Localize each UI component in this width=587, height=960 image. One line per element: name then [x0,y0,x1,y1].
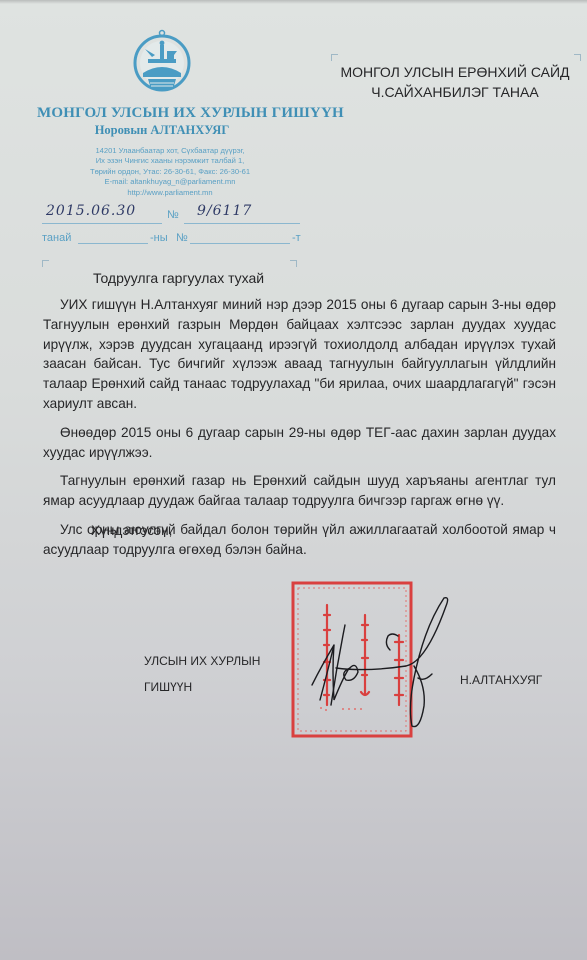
letter-subject: Тодруулга гаргуулах тухай [93,270,264,286]
letterhead-name: Норовын АЛТАНХУЯГ [37,123,287,138]
your-end-suffix: -т [292,232,301,244]
address-website: http://www.parliament.mn [50,188,290,198]
number-symbol: № [167,209,179,221]
signatory-title: УЛСЫН ИХ ХУРЛЫН ГИШҮҮН [144,648,260,700]
signatory-title-line: УЛСЫН ИХ ХУРЛЫН [144,648,260,674]
your-label: танай [42,232,71,244]
address-email: E-mail: altankhuyag_n@parliament.mn [50,177,290,187]
handwritten-reference-number: 9/6117 [197,203,252,219]
addressee-corner-mark [331,54,338,61]
addressee-line: Ч.САЙХАНБИЛЭГ ТАНАА [330,82,580,102]
address-line: Их эзэн Чингис хааны нэрэмжит талбай 1, [50,156,290,166]
handwritten-date: 2015.06.30 [46,203,136,219]
date-underline [42,223,162,224]
subject-corner-mark [290,260,297,267]
signatory-name: Н.АЛТАНХУЯГ [460,673,542,687]
letterhead-title: МОНГОЛ УЛСЫН ИХ ХУРЛЫН ГИШҮҮН [37,105,307,122]
number-underline [184,223,300,224]
letterhead-address: 14201 Улаанбаатар хот, Сүхбаатар дүүрэг,… [50,146,290,198]
address-line: 14201 Улаанбаатар хот, Сүхбаатар дүүрэг, [50,146,290,156]
reference-row: 2015.06.30 № 9/6117 [42,207,302,227]
signatory-title-line: ГИШҮҮН [144,674,260,700]
number-symbol: № [176,232,188,244]
addressee-line: МОНГОЛ УЛСЫН ЕРӨНХИЙ САЙД [330,62,580,82]
blank-underline [78,243,148,244]
subject-corner-mark [42,260,49,267]
body-paragraph: УИХ гишүүн Н.Алтанхуяг миний нэр дээр 20… [43,295,556,414]
body-paragraph: Тагнуулын ерөнхий газар нь Ерөнхий сайды… [43,471,556,511]
body-paragraph: Өнөөдөр 2015 оны 6 дугаар сарын 29-ны өд… [43,423,556,463]
closing-salutation: Хүндэтгэсэн, [91,523,172,538]
letter-page: МОНГОЛ УЛСЫН ИХ ХУРЛЫН ГИШҮҮН Норовын АЛ… [0,0,587,960]
address-line: Төрийн ордон, Утас: 26-30-61, Факс: 26-3… [50,167,290,177]
your-reference-row: танай -ны № -т [42,232,307,248]
handwritten-signature-icon [300,590,480,730]
addressee-block: МОНГОЛ УЛСЫН ЕРӨНХИЙ САЙД Ч.САЙХАНБИЛЭГ … [330,62,580,102]
page-edge-shadow [0,0,587,4]
blank-underline [190,243,290,244]
your-suffix: -ны [150,232,168,244]
mongolia-state-emblem-icon [131,29,193,101]
addressee-corner-mark [574,54,581,61]
